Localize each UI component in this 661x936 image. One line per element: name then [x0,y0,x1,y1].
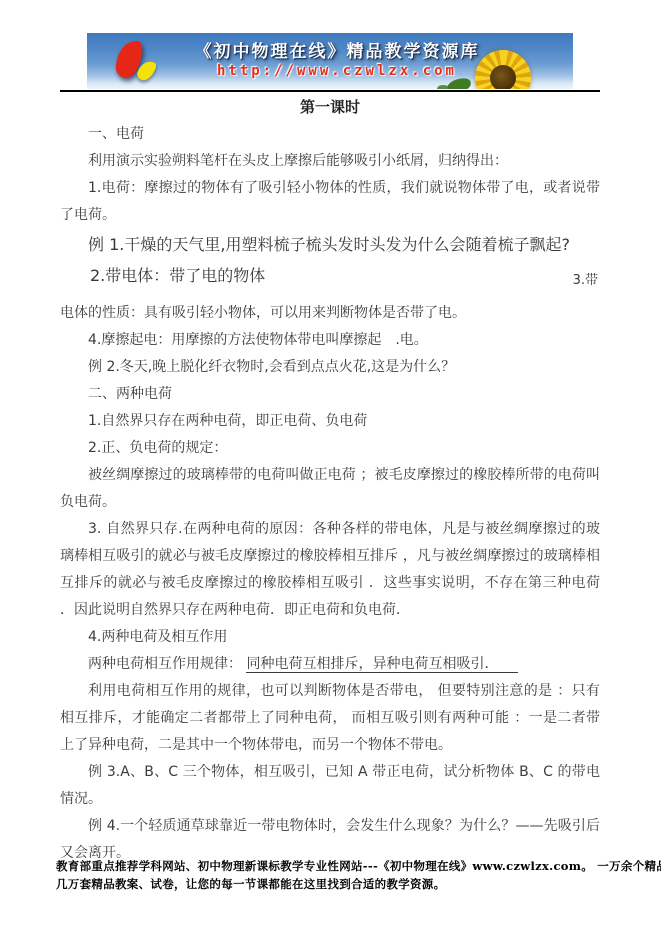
footer-line-1: 教育部重点推荐学科网站、初中物理新课标教学专业性网站---《初中物理在线》www… [56,857,612,875]
paragraph: 电体的性质：具有吸引轻小物体，可以用来判断物体是否带了电。 [60,300,600,327]
paragraph: 2.正、负电荷的规定： [60,435,600,462]
section-heading-1: 一、电荷 [60,121,600,148]
item-3-lead-in: 3.带 [573,271,600,291]
document-body: 第一课时 一、电荷 利用演示实验朔料笔杆在头皮上摩擦后能够吸引小纸屑，归纳得出：… [60,94,600,867]
site-banner: 《初中物理在线》精品教学资源库 http://www.czwlzx.com [87,33,573,89]
paragraph: 3. 自然界只存.在两种电荷的原因：各种各样的带电体，凡是与被丝绸摩擦过的玻璃棒… [60,516,600,624]
example-3: 例 3.A、B、C 三个物体，相互吸引，已知 A 带正电荷，试分析物体 B、C … [60,759,600,813]
paragraph: 4.摩擦起电：用摩擦的方法使物体带电叫摩擦起 .电。 [60,327,600,354]
example-2: 例 2.冬天,晚上脱化纤衣物时,会看到点点火花,这是为什么？ [60,354,600,381]
paragraph: 1.自然界只存在两种电荷，即正电荷、负电荷 [60,408,600,435]
footer-line-2: 几万套精品教案、试卷，让您的每一节课都能在这里找到合适的教学资源。 [56,875,612,893]
interaction-rule-line: 两种电荷相互作用规律： 同种电荷互相排斥，异种电荷互相吸引． [60,651,600,678]
paragraph: 利用电荷相互作用的规律，也可以判断物体是否带电， 但要特别注意的是 ：只有相互排… [60,678,600,759]
rule-prefix: 两种电荷相互作用规律： [88,656,246,672]
charged-body-definition: 2.带电体：带了电的物体 [60,260,265,291]
paragraph: 1.电荷：摩擦过的物体有了吸引轻小物体的性质，我们就说物体带了电，或者说带了电荷… [60,175,600,229]
banner-title: 《初中物理在线》精品教学资源库 [157,37,517,62]
section-heading-2: 二、两种电荷 [60,381,600,408]
paragraph: 被丝绸摩擦过的玻璃棒带的电荷叫做正电荷 ；被毛皮摩擦过的橡胶棒所带的电荷叫负电荷… [60,462,600,516]
page-title: 第一课时 [60,94,600,121]
paragraph: 利用演示实验朔料笔杆在头皮上摩擦后能够吸引小纸屑，归纳得出： [60,148,600,175]
banner-url: http://www.czwlzx.com [157,63,517,79]
example-1: 例 1.干燥的天气里,用塑料梳子梳头发时头发为什么会随着梳子飘起? [60,229,600,260]
header-divider [60,90,600,92]
charged-body-row: 2.带电体：带了电的物体 3.带 [60,260,600,291]
banner-text-block: 《初中物理在线》精品教学资源库 http://www.czwlzx.com [157,37,517,79]
footer-promo: 教育部重点推荐学科网站、初中物理新课标教学专业性网站---《初中物理在线》www… [56,857,612,893]
rule-underlined-text: 同种电荷互相排斥，异种电荷互相吸引． [246,656,518,673]
paragraph: 4.两种电荷及相互作用 [60,624,600,651]
